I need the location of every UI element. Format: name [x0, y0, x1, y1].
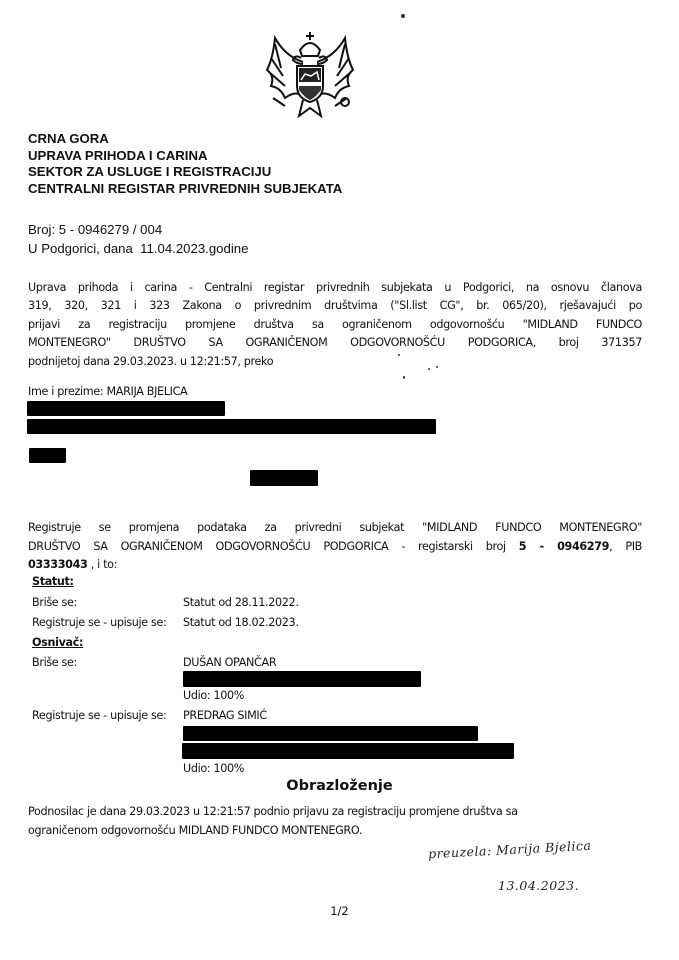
registration-number: 5 - 0946279	[519, 540, 609, 553]
pib-number: 03333043	[28, 558, 87, 571]
header-sector: SEKTOR ZA USLUGE I REGISTRACIJU	[28, 164, 342, 181]
statut-added-label: Registruje se - upisuje se:	[32, 616, 166, 629]
intro-line: Uprava prihoda i carina - Centralni regi…	[28, 279, 642, 297]
registration-text: , i to:	[87, 558, 117, 571]
intro-line: podnijetoj dana 29.03.2023. u 12:21:57, …	[28, 353, 642, 371]
redaction-bar	[183, 726, 478, 741]
handwritten-date: 13.04.2023.	[498, 878, 579, 893]
redaction-bar	[27, 401, 225, 416]
header-authority: UPRAVA PRIHODA I CARINA	[28, 148, 342, 165]
registration-line-1: Registruje se promjena podataka za privr…	[28, 519, 642, 538]
scan-speck	[401, 14, 405, 18]
statut-added-value: Statut od 18.02.2023.	[183, 616, 299, 629]
statut-heading: Statut:	[32, 575, 74, 588]
scan-speck	[436, 366, 438, 368]
osnivac-removed-name: DUŠAN OPANČAR	[183, 656, 276, 669]
intro-line: prijavi za registraciju promjene društva…	[28, 316, 642, 334]
osnivac-removed-label: Briše se:	[32, 656, 77, 669]
osnivac-added-label: Registruje se - upisuje se:	[32, 709, 166, 722]
registration-paragraph: Registruje se promjena podataka za privr…	[28, 519, 642, 575]
header-country: CRNA GORA	[28, 131, 342, 148]
intro-line: MONTENEGRO" DRUŠTVO SA OGRANIČENOM ODGOV…	[28, 334, 642, 352]
registration-line-3: 03333043 , i to:	[28, 556, 642, 575]
header-registry: CENTRALNI REGISTAR PRIVREDNIH SUBJEKATA	[28, 181, 342, 198]
registration-text: DRUŠTVO SA OGRANIČENOM ODGOVORNOŠĆU PODG…	[28, 540, 519, 553]
intro-paragraph: Uprava prihoda i carina - Centralni regi…	[28, 279, 642, 371]
osnivac-removed-share: Udio: 100%	[183, 689, 244, 702]
scan-speck	[428, 368, 430, 370]
obrazlozenje-title: Obrazloženje	[0, 778, 679, 794]
statut-removed-label: Briše se:	[32, 596, 77, 609]
redaction-bar	[182, 743, 514, 759]
issuing-authority-header: CRNA GORA UPRAVA PRIHODA I CARINA SEKTOR…	[28, 131, 342, 197]
osnivac-added-name: PREDRAG SIMIĆ	[183, 709, 267, 722]
intro-line: 319, 320, 321 i 323 Zakona o privrednim …	[28, 297, 642, 315]
applicant-label: Ime i prezime:	[28, 385, 103, 398]
registration-line-2: DRUŠTVO SA OGRANIČENOM ODGOVORNOŠĆU PODG…	[28, 538, 642, 557]
obrazlozenje-line: Podnosilac je dana 29.03.2023 u 12:21:57…	[28, 802, 518, 821]
applicant-name: Ime i prezime: MARIJA BJELICA	[28, 384, 187, 400]
redaction-bar	[250, 470, 318, 486]
handwritten-received-by: preuzela: Marija Bjelica	[428, 838, 592, 862]
pib-label: , PIB	[609, 540, 642, 553]
osnivac-heading: Osnivač:	[32, 636, 83, 649]
page-number: 1/2	[0, 904, 679, 918]
place-and-date: U Podgorici, dana 11.04.2023.godine	[28, 240, 248, 259]
scan-speck	[403, 376, 405, 379]
scan-speck	[398, 354, 400, 356]
redaction-bar	[183, 671, 421, 687]
applicant-value: MARIJA BJELICA	[107, 385, 188, 398]
statut-removed-value: Statut od 28.11.2022.	[183, 596, 299, 609]
reference-number: Broj: 5 - 0946279 / 004	[28, 221, 248, 240]
osnivac-added-share: Udio: 100%	[183, 762, 244, 775]
obrazlozenje-paragraph: Podnosilac je dana 29.03.2023 u 12:21:57…	[28, 802, 518, 840]
redaction-bar	[29, 448, 66, 463]
document-reference: Broj: 5 - 0946279 / 004 U Podgorici, dan…	[28, 221, 248, 258]
coat-of-arms-icon	[255, 28, 365, 123]
redaction-bar	[27, 419, 436, 434]
obrazlozenje-line: ograničenom odgovornošću MIDLAND FUNDCO …	[28, 821, 518, 840]
